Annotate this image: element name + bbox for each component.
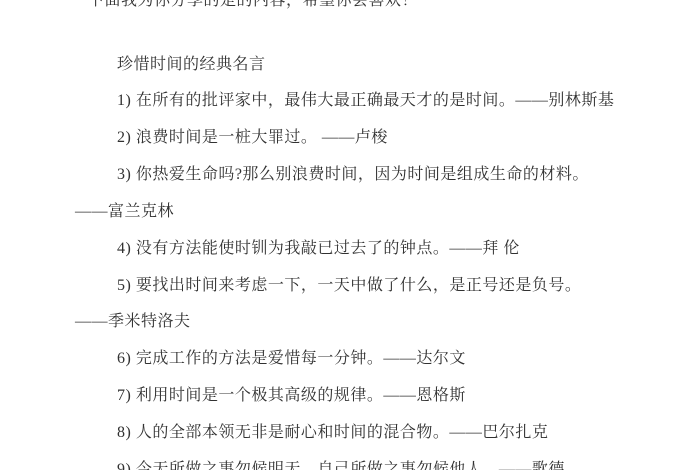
quote-line: 8) 人的全部本领无非是耐心和时间的混合物。——巴尔扎克: [117, 424, 548, 441]
quote-line: 5) 要找出时间来考虑一下，一天中做了什么，是正号还是负号。: [117, 277, 581, 294]
quote-line: 3) 你热爱生命吗?那么别浪费时间，因为时间是组成生命的材料。: [117, 166, 589, 183]
quote-line: ——季米特洛夫: [75, 313, 191, 330]
quote-line: 4) 没有方法能使时钏为我敲已过去了的钟点。——拜 伦: [117, 240, 520, 257]
quote-line: 2) 浪费时间是一桩大罪过。 ——卢梭: [117, 129, 388, 146]
quote-line: 7) 利用时间是一个极其高级的规律。——恩格斯: [117, 387, 466, 404]
document-title: 珍惜时间的经典名言: [117, 56, 266, 73]
document-page: 下面我为你分享的是的内容，希望你会喜欢！ 珍惜时间的经典名言 1) 在所有的批评…: [0, 0, 700, 470]
quote-line: 1) 在所有的批评家中，最伟大最正确最天才的是时间。——别林斯基: [117, 92, 614, 109]
quote-line: ——富兰克林: [75, 203, 174, 220]
quote-line: 9) 今天所做之事勿候明天，自己所做之事勿候他人。——歌德: [117, 461, 565, 470]
quote-line: 6) 完成工作的方法是爱惜每一分钟。——达尔文: [117, 350, 466, 367]
intro-line: 下面我为你分享的是的内容，希望你会喜欢！: [88, 0, 418, 9]
